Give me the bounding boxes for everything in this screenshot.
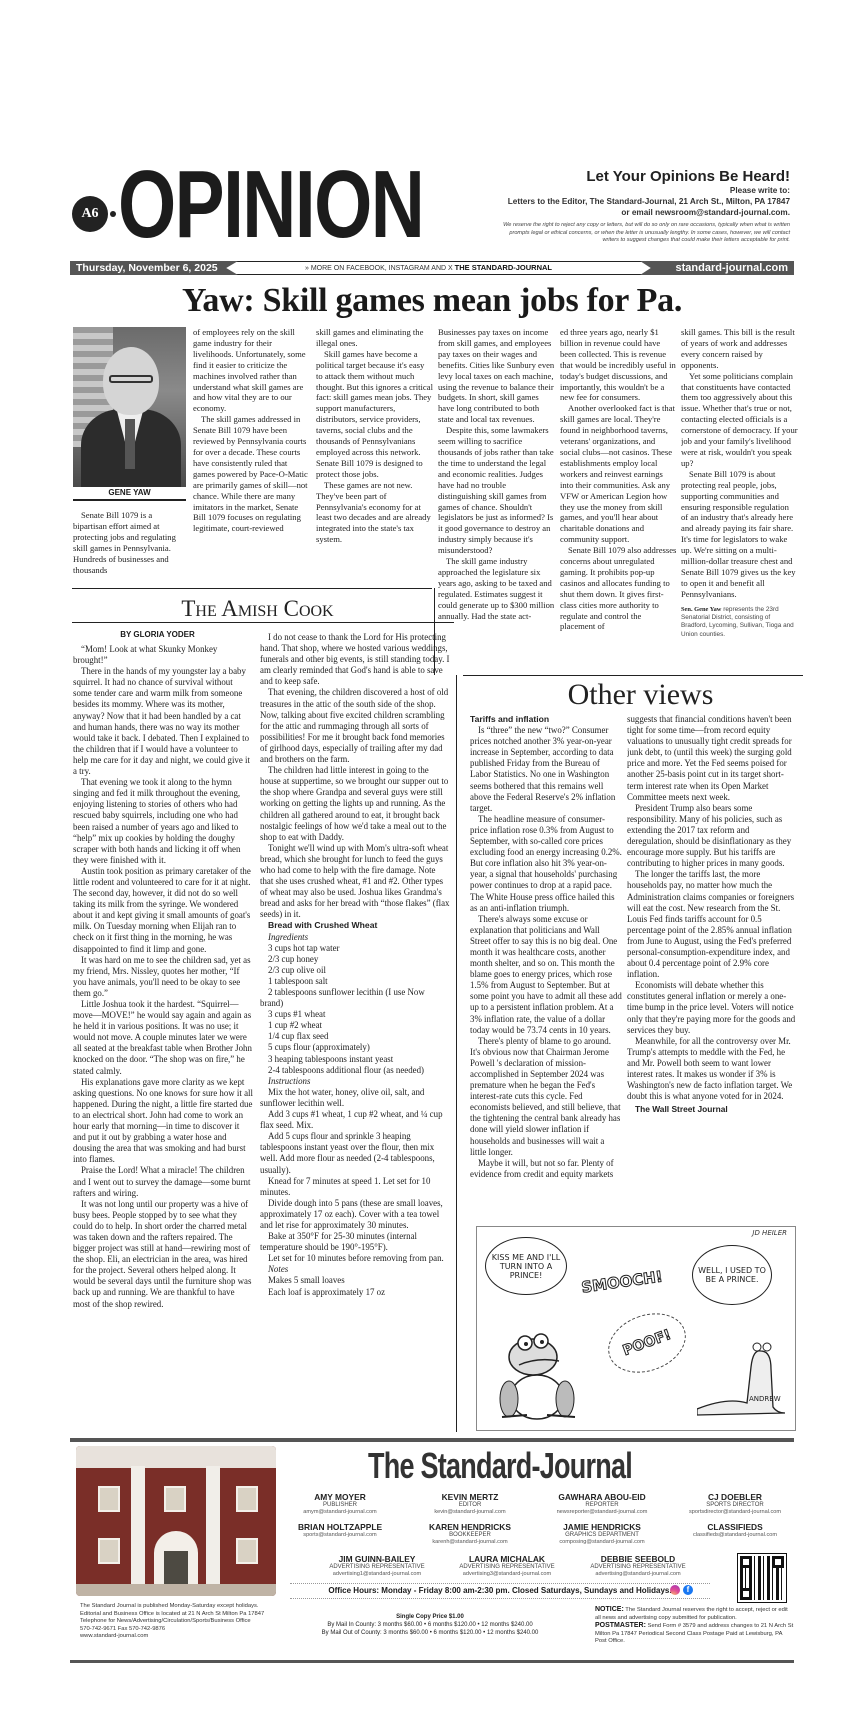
paragraph: Austin took position as primary caretake… xyxy=(73,866,253,955)
paragraph: Praise the Lord! What a miracle! The chi… xyxy=(73,1165,253,1198)
steps-graphic xyxy=(76,1584,276,1596)
paragraph: Tonight we'll wind up with Mom's ultra-s… xyxy=(260,843,450,921)
footer-rule xyxy=(70,1438,794,1442)
bio-name: Sen. Gene Yaw xyxy=(681,606,721,613)
paragraph: It was hard on me to see the children sa… xyxy=(73,955,253,999)
staff-cj-doebler: CJ DOEBLER SPORTS DIRECTOR sportsdirecto… xyxy=(670,1492,800,1516)
staff-amy-moyer: AMY MOYER PUBLISHER amym@standard-journa… xyxy=(275,1492,405,1516)
cornice-graphic xyxy=(76,1446,276,1468)
staff-laura-michalak: LAURA MICHALAK ADVERTISING REPRESENTATIV… xyxy=(442,1554,572,1578)
speech-bubble-slug: WELL, I USED TO BE A PRINCE. xyxy=(692,1245,772,1305)
publication-info: The Standard Journal is published Monday… xyxy=(80,1603,280,1641)
instruction-step: Knead for 7 minutes at speed 1. Let set … xyxy=(260,1176,450,1198)
staff-name: CJ DOEBLER xyxy=(670,1492,800,1502)
paragraph: skill games. This bill is the result of … xyxy=(681,327,798,371)
social-promo-brand: THE STANDARD-JOURNAL xyxy=(455,263,552,272)
pub-info-line: 570-742-9671 Fax 570-742-9876 xyxy=(80,1626,280,1634)
notice-label: NOTICE: xyxy=(595,1606,624,1613)
office-hours: Office Hours: Monday - Friday 8:00 am-2:… xyxy=(290,1583,710,1599)
other-views-col-1: Tariffs and inflation Is “three” the new… xyxy=(470,714,622,1220)
paragraph: suggests that financial conditions haven… xyxy=(627,714,797,803)
column-graphic xyxy=(206,1466,220,1584)
ingredient: 1 cup #2 wheat xyxy=(260,1020,450,1031)
staff-name: KEVIN MERTZ xyxy=(405,1492,535,1502)
staff-role: SPORTS DIRECTOR xyxy=(670,1502,800,1509)
letters-line-1: Please write to: xyxy=(500,185,790,196)
letters-disclaimer: We reserve the right to reject any copy … xyxy=(500,222,790,245)
legal-notice: NOTICE: The Standard Journal reserves th… xyxy=(595,1606,795,1646)
paragraph: There's always some excuse or explanatio… xyxy=(470,914,622,1036)
slug-label: ANDREW xyxy=(749,1395,781,1403)
paragraph: There in the hands of my youngster lay a… xyxy=(73,666,253,777)
ingredient: 1/4 cup flax seed xyxy=(260,1031,450,1042)
subscription-prices: Single Copy Price $1.00 By Mail In Count… xyxy=(300,1613,560,1637)
author-bio: Sen. Gene Yaw represents the 23rd Senato… xyxy=(681,606,798,640)
paragraph: skill games and eliminating the illegal … xyxy=(316,327,433,349)
staff-name: KAREN HENDRICKS xyxy=(405,1522,535,1532)
staff-email[interactable]: sportsdirector@standard-journal.com xyxy=(670,1509,800,1516)
ingredient: 2/3 cup honey xyxy=(260,954,450,965)
staff-name: LAURA MICHALAK xyxy=(442,1554,572,1564)
amish-col-2: I do not cease to thank the Lord for His… xyxy=(260,632,450,1432)
window-graphic xyxy=(236,1538,258,1564)
photo-caption: GENE YAW xyxy=(73,487,186,501)
staff-name: JAMIE HENDRICKS xyxy=(537,1522,667,1532)
divider xyxy=(72,588,432,589)
ingredient: 1 tablespoon salt xyxy=(260,976,450,987)
yaw-col-2: of employees rely on the skill game indu… xyxy=(193,327,310,585)
paragraph: That evening, the children discovered a … xyxy=(260,687,450,765)
facebook-icon[interactable]: f xyxy=(683,1585,693,1595)
note: Each loaf is approximately 17 oz xyxy=(260,1287,450,1298)
paragraph: His explanations gave more clarity as we… xyxy=(73,1077,253,1166)
recipe-title: Bread with Crushed Wheat xyxy=(260,920,450,931)
staff-name: JIM GUINN-BAILEY xyxy=(312,1554,442,1564)
instruction-step: Add 3 cups #1 wheat, 1 cup #2 wheat, and… xyxy=(260,1109,450,1131)
staff-brian-holtzapple: BRIAN HOLTZAPPLE sports@standard-journal… xyxy=(275,1522,405,1539)
paragraph: Despite this, some lawmakers seem willin… xyxy=(438,425,555,556)
paragraph: The children had little interest in goin… xyxy=(260,765,450,843)
staff-email[interactable]: newsreporter@standard-journal.com xyxy=(537,1509,667,1516)
pub-info-line: The Standard Journal is published Monday… xyxy=(80,1603,280,1611)
page-number-badge: A6 xyxy=(72,196,108,232)
staff-role: REPORTER xyxy=(537,1502,667,1509)
paragraph: Maybe it will, but not so far. Plenty of… xyxy=(470,1158,622,1180)
mail-out-county-price: By Mail Out of County: 3 months $60.00 •… xyxy=(300,1629,560,1637)
cartoonist-signature: JD HEILER xyxy=(752,1229,787,1237)
window-graphic xyxy=(98,1486,120,1512)
editorial-subhead: Tariffs and inflation xyxy=(470,714,622,725)
speech-bubble-frog: KISS ME AND I'LL TURN INTO A PRINCE! xyxy=(485,1237,567,1295)
window-graphic xyxy=(236,1486,258,1512)
instructions-label: Instructions xyxy=(260,1076,450,1087)
instruction-step: Let set for 10 minutes before removing f… xyxy=(260,1253,450,1264)
note: Makes 5 small loaves xyxy=(260,1275,450,1286)
footer-bottom-rule xyxy=(70,1660,794,1663)
paragraph: It was not long until our property was a… xyxy=(73,1199,253,1310)
staff-email[interactable]: karenh@standard-journal.com xyxy=(405,1539,535,1546)
staff-name: BRIAN HOLTZAPPLE xyxy=(275,1522,405,1532)
staff-role: ADVERTISING REPRESENTATIVE xyxy=(442,1564,572,1571)
paragraph: of employees rely on the skill game indu… xyxy=(193,327,310,414)
column-graphic xyxy=(131,1466,145,1584)
paragraph: Yet some politicians complain that const… xyxy=(681,371,798,469)
paragraph: The skill games addressed in Senate Bill… xyxy=(193,414,310,534)
staff-email[interactable]: kevin@standard-journal.com xyxy=(405,1509,535,1516)
instruction-step: Divide dough into 5 pans (these are smal… xyxy=(260,1198,450,1231)
yaw-col-4: Businesses pay taxes on income from skil… xyxy=(438,327,555,672)
paragraph: The headline measure of consumer-price i… xyxy=(470,814,622,914)
paragraph: ed three years ago, nearly $1 billion in… xyxy=(560,327,677,403)
staff-role: PUBLISHER xyxy=(275,1502,405,1509)
postmaster-label: POSTMASTER: xyxy=(595,1622,646,1629)
other-views-col-2: suggests that financial conditions haven… xyxy=(627,714,797,1220)
pub-info-line: Telephone for News/Advertising/Circulati… xyxy=(80,1618,280,1626)
paragraph: These games are not new. They've been pa… xyxy=(316,480,433,545)
paragraph: The longer the tariffs last, the more ho… xyxy=(627,869,797,980)
amish-cook-title: The Amish Cook xyxy=(60,595,455,623)
letters-address: Letters to the Editor, The Standard-Jour… xyxy=(500,196,790,207)
instruction-step: Mix the hot water, honey, olive oil, sal… xyxy=(260,1087,450,1109)
ingredients-label: Ingredients xyxy=(260,932,450,943)
staff-role: EDITOR xyxy=(405,1502,535,1509)
other-views-title: Other views xyxy=(463,678,818,712)
paragraph: Businesses pay taxes on income from skil… xyxy=(438,327,555,425)
pub-info-website[interactable]: www.standard-journal.com xyxy=(80,1633,280,1641)
paragraph: “Mom! Look at what Skunky Monkey brought… xyxy=(73,644,253,666)
paragraph: Another overlooked fact is that skill ga… xyxy=(560,403,677,545)
ingredient: 2-4 tablespoons additional flour (as nee… xyxy=(260,1065,450,1076)
ingredient: 3 heaping tablespoons instant yeast xyxy=(260,1054,450,1065)
social-icons: f xyxy=(670,1585,693,1595)
staff-email[interactable]: advertising1@standard-journal.com xyxy=(312,1571,442,1578)
instruction-step: Bake at 350°F for 25-30 minutes (interna… xyxy=(260,1231,450,1253)
staff-name: GAWHARA ABOU-EID xyxy=(537,1492,667,1502)
divider xyxy=(463,675,803,676)
section-title: OPINION xyxy=(118,150,423,260)
ingredient: 2/3 cup olive oil xyxy=(260,965,450,976)
staff-name: CLASSIFIEDS xyxy=(670,1522,800,1532)
staff-classifieds: CLASSIFIEDS classifieds@standard-journal… xyxy=(670,1522,800,1539)
paragraph: Senate Bill 1079 is about protecting rea… xyxy=(681,469,798,600)
headline: Yaw: Skill games mean jobs for Pa. xyxy=(0,282,864,320)
ingredient: 5 cups flour (approximately) xyxy=(260,1042,450,1053)
glasses-graphic xyxy=(109,375,153,383)
notes-label: Notes xyxy=(260,1264,450,1275)
website-link[interactable]: standard-journal.com xyxy=(640,261,794,275)
door-graphic xyxy=(154,1531,198,1591)
poof-sound-effect: POOF! xyxy=(600,1303,694,1383)
staff-email[interactable]: advertising@standard-journal.com xyxy=(573,1571,703,1578)
window-graphic xyxy=(98,1538,120,1564)
mail-in-county-price: By Mail In County: 3 months $60.00 • 6 m… xyxy=(300,1621,560,1629)
tie-graphic xyxy=(125,419,135,469)
letters-to-editor-box: Let Your Opinions Be Heard! Please write… xyxy=(500,168,790,245)
staff-name: AMY MOYER xyxy=(275,1492,405,1502)
paragraph: There's plenty of blame to go around. It… xyxy=(470,1036,622,1158)
paragraph: Little Joshua took it the hardest. “Squi… xyxy=(73,999,253,1077)
ingredient: 3 cups hot tap water xyxy=(260,943,450,954)
staff-email[interactable]: advertising3@standard-journal.com xyxy=(442,1571,572,1578)
staff-role: BOOKKEEPER xyxy=(405,1532,535,1539)
staff-karen-hendricks: KAREN HENDRICKS BOOKKEEPER karenh@standa… xyxy=(405,1522,535,1546)
staff-kevin-mertz: KEVIN MERTZ EDITOR kevin@standard-journa… xyxy=(405,1492,535,1516)
yaw-col-6: skill games. This bill is the result of … xyxy=(681,327,798,672)
social-promo[interactable]: » MORE ON FACEBOOK, INSTAGRAM AND X THE … xyxy=(305,261,552,276)
single-copy-price: Single Copy Price $1.00 xyxy=(396,1614,464,1620)
ingredient: 2 tablespoons sunflower lecithin (I use … xyxy=(260,987,450,1009)
author-photo xyxy=(73,327,186,487)
staff-jim-guinn-bailey: JIM GUINN-BAILEY ADVERTISING REPRESENTAT… xyxy=(312,1554,442,1578)
newspaper-nameplate: The Standard-Journal xyxy=(343,1444,658,1488)
staff-debbie-seebold: DEBBIE SEEBOLD ADVERTISING REPRESENTATIV… xyxy=(573,1554,703,1578)
staff-gawhara-abou-eid: GAWHARA ABOU-EID REPORTER newsreporter@s… xyxy=(537,1492,667,1516)
paragraph: Meanwhile, for all the controversy over … xyxy=(627,1036,797,1103)
paragraph: I do not cease to thank the Lord for His… xyxy=(260,632,450,687)
frog-illustration xyxy=(497,1327,577,1422)
staff-role: ADVERTISING REPRESENTATIVE xyxy=(312,1564,442,1571)
yaw-col-3: skill games and eliminating the illegal … xyxy=(316,327,433,585)
staff-name: DEBBIE SEEBOLD xyxy=(573,1554,703,1564)
yaw-col-1: Senate Bill 1079 is a bipartisan effort … xyxy=(73,510,186,585)
staff-email[interactable]: amym@standard-journal.com xyxy=(275,1509,405,1516)
paragraph: Skill games have become a political targ… xyxy=(316,349,433,480)
yaw-col-5: ed three years ago, nearly $1 billion in… xyxy=(560,327,677,672)
office-building-photo xyxy=(76,1446,276,1596)
paragraph: Senate Bill 1079 also addresses concerns… xyxy=(560,545,677,632)
social-promo-prefix: » MORE ON FACEBOOK, INSTAGRAM AND X xyxy=(305,265,453,272)
slug-illustration: ANDREW xyxy=(697,1337,787,1417)
letters-heading: Let Your Opinions Be Heard! xyxy=(500,168,790,185)
staff-jamie-hendricks: JAMIE HENDRICKS GRAPHICS DEPARTMENT comp… xyxy=(537,1522,667,1546)
paragraph: President Trump also bears some responsi… xyxy=(627,803,797,870)
instagram-icon[interactable] xyxy=(670,1585,680,1595)
letters-email[interactable]: or email newsroom@standard-journal.com. xyxy=(500,207,790,218)
byline: BY GLORIA YODER xyxy=(60,630,255,639)
smooch-sound-effect: SMOOCH! xyxy=(574,1251,670,1313)
amish-col-1: “Mom! Look at what Skunky Monkey brought… xyxy=(73,644,253,1436)
paragraph: Economists will debate whether this cons… xyxy=(627,980,797,1035)
editorial-source: The Wall Street Journal xyxy=(627,1104,797,1115)
paragraph: Is “three” the new “two?” Consumer price… xyxy=(470,725,622,814)
ingredient: 3 cups #1 wheat xyxy=(260,1009,450,1020)
divider xyxy=(456,675,457,1432)
window-graphic xyxy=(164,1486,186,1512)
bullet-dot xyxy=(110,211,116,217)
issue-date: Thursday, November 6, 2025 xyxy=(70,261,238,275)
divider xyxy=(72,622,454,623)
paragraph: Senate Bill 1079 is a bipartisan effort … xyxy=(73,510,186,575)
staff-email[interactable]: classifieds@standard-journal.com xyxy=(670,1532,800,1539)
instruction-step: Add 5 cups flour and sprinkle 3 heaping … xyxy=(260,1131,450,1175)
editorial-cartoon: JD HEILER KISS ME AND I'LL TURN INTO A P… xyxy=(476,1226,796,1431)
paragraph: That evening we took it along to the hym… xyxy=(73,777,253,866)
qr-code-icon[interactable] xyxy=(738,1554,786,1602)
paragraph: The skill game industry approached the l… xyxy=(438,556,555,621)
staff-role: GRAPHICS DEPARTMENT xyxy=(537,1532,667,1539)
notice-text: The Standard Journal reserves the right … xyxy=(595,1607,788,1621)
staff-role: ADVERTISING REPRESENTATIVE xyxy=(573,1564,703,1571)
staff-email[interactable]: sports@standard-journal.com xyxy=(275,1532,405,1539)
pub-info-line: Editorial and Business Office is located… xyxy=(80,1611,280,1619)
staff-email[interactable]: composing@standard-journal.com xyxy=(537,1539,667,1546)
